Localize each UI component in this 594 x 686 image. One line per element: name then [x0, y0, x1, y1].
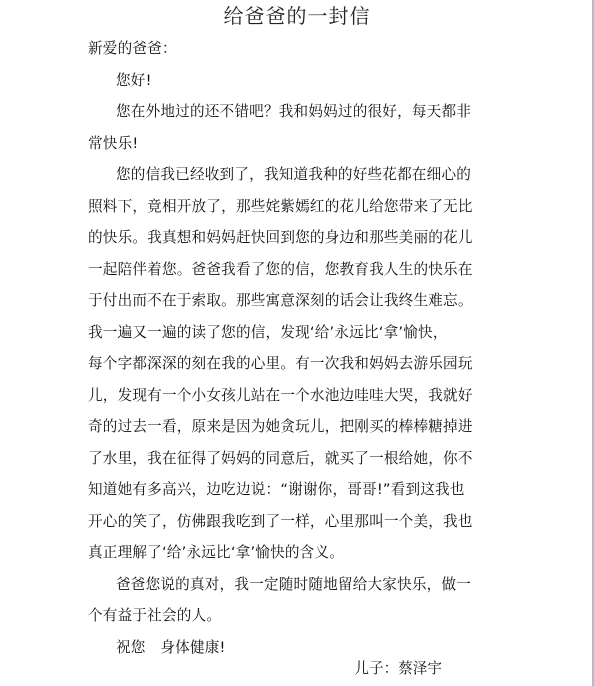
document-title: 给爸爸的一封信 [0, 2, 594, 30]
paragraph-line: 常快乐! [88, 128, 444, 160]
salutation: 新爱的爸爸： [88, 33, 444, 65]
paragraph-line: 的快乐。我真想和妈妈赶快回到您的身边和那些美丽的花儿 [88, 222, 444, 254]
signature: 儿子：蔡泽宇 [354, 653, 442, 684]
letter-body: 新爱的爸爸： 您好! 您在外地过的还不错吧？我和妈妈过的很好，每天都非 常快乐!… [88, 33, 444, 663]
paragraph-line: 您的信我已经收到了，我知道我种的好些花都在细心的 [88, 159, 444, 191]
paragraph-line: 您在外地过的还不错吧？我和妈妈过的很好，每天都非 [88, 96, 444, 128]
paragraph-line: 儿，发现有一个小女孩儿站在一个水池边哇哇大哭，我就好 [88, 380, 444, 412]
paragraph-line: 开心的笑了，仿佛跟我吃到了一样，心里那叫一个美，我也 [88, 506, 444, 538]
paragraph-line: 每个字都深深的刻在我的心里。有一次我和妈妈去游乐园玩 [88, 348, 444, 380]
paragraph-line: 爸爸您说的真对，我一定随时随地留给大家快乐，做一 [88, 569, 444, 601]
paragraph-line: 一起陪伴着您。爸爸我看了您的信，您教育我人生的快乐在 [88, 254, 444, 286]
greeting-line: 您好! [88, 65, 444, 97]
paragraph-line: 真正理解了‘给’永远比‘拿’愉快的含义。 [88, 537, 444, 569]
paragraph-line: 知道她有多高兴，边吃边说：“谢谢你，哥哥!”看到这我也 [88, 474, 444, 506]
paragraph-line: 个有益于社会的人。 [88, 600, 444, 632]
paragraph-line: 了水里，我在征得了妈妈的同意后，就买了一根给她，你不 [88, 443, 444, 475]
paragraph-line: 照料下，竟相开放了，那些姹紫嫣红的花儿给您带来了无比 [88, 191, 444, 223]
paragraph-line: 于付出而不在于索取。那些寓意深刻的话会让我终生难忘。 [88, 285, 444, 317]
paragraph-line: 我一遍又一遍的读了您的信，发现‘给’永远比‘拿’愉快， [88, 317, 444, 349]
paragraph-line: 奇的过去一看，原来是因为她贪玩儿，把刚买的棒棒糖掉进 [88, 411, 444, 443]
